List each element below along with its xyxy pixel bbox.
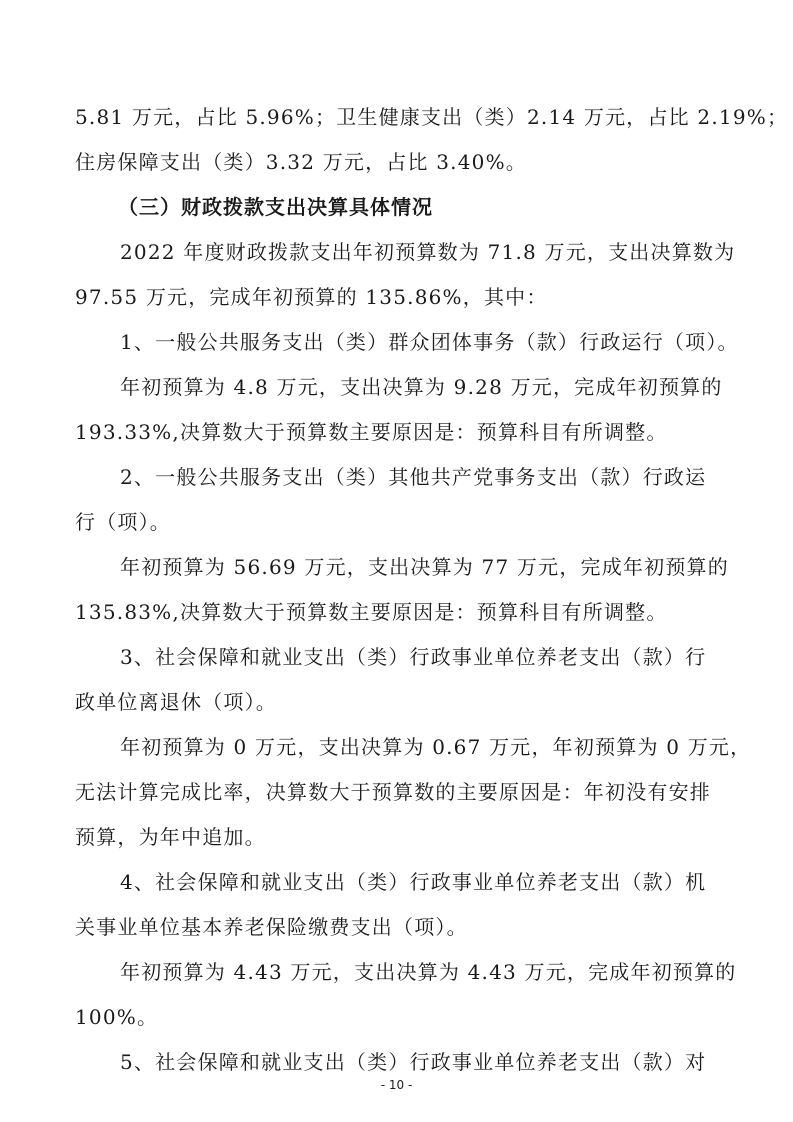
section-heading: （三）财政拨款支出决算具体情况 [118, 193, 793, 221]
paragraph-line: 年初预算为 0 万元，支出决算为 0.67 万元，年初预算为 0 万元， [120, 733, 793, 761]
paragraph-line: 97.55 万元，完成年初预算的 135.86%，其中： [75, 283, 793, 311]
paragraph-line: 2022 年度财政拨款支出年初预算数为 71.8 万元，支出决算数为 [120, 238, 793, 266]
paragraph-line: 5.81 万元，占比 5.96%；卫生健康支出（类）2.14 万元，占比 2.1… [75, 103, 793, 131]
paragraph-line: 行（项）。 [75, 508, 793, 536]
item-heading-3: 3、社会保障和就业支出（类）行政事业单位养老支出（款）行 [120, 643, 793, 671]
paragraph-line: 年初预算为 4.8 万元，支出决算为 9.28 万元，完成年初预算的 [120, 373, 793, 401]
paragraph-line: 住房保障支出（类）3.32 万元，占比 3.40%。 [75, 148, 793, 176]
item-heading-1: 1、一般公共服务支出（类）群众团体事务（款）行政运行（项）。 [120, 328, 793, 356]
paragraph-line: 135.83%,决算数大于预算数主要原因是：预算科目有所调整。 [75, 598, 793, 626]
item-heading-4: 4、社会保障和就业支出（类）行政事业单位养老支出（款）机 [120, 868, 793, 896]
item-heading-5: 5、社会保障和就业支出（类）行政事业单位养老支出（款）对 [120, 1048, 793, 1076]
paragraph-line: 无法计算完成比率，决算数大于预算数的主要原因是：年初没有安排 [75, 778, 793, 806]
paragraph-line: 193.33%,决算数大于预算数主要原因是：预算科目有所调整。 [75, 418, 793, 446]
paragraph-line: 年初预算为 56.69 万元，支出决算为 77 万元，完成年初预算的 [120, 553, 793, 581]
paragraph-line: 预算，为年中追加。 [75, 823, 793, 851]
paragraph-line: 政单位离退休（项）。 [75, 688, 793, 716]
paragraph-line: 关事业单位基本养老保险缴费支出（项）。 [75, 913, 793, 941]
paragraph-line: 100%。 [75, 1003, 793, 1031]
page-number: - 10 - [0, 1078, 793, 1092]
item-heading-2: 2、一般公共服务支出（类）其他共产党事务支出（款）行政运 [120, 463, 793, 491]
paragraph-line: 年初预算为 4.43 万元，支出决算为 4.43 万元，完成年初预算的 [120, 958, 793, 986]
